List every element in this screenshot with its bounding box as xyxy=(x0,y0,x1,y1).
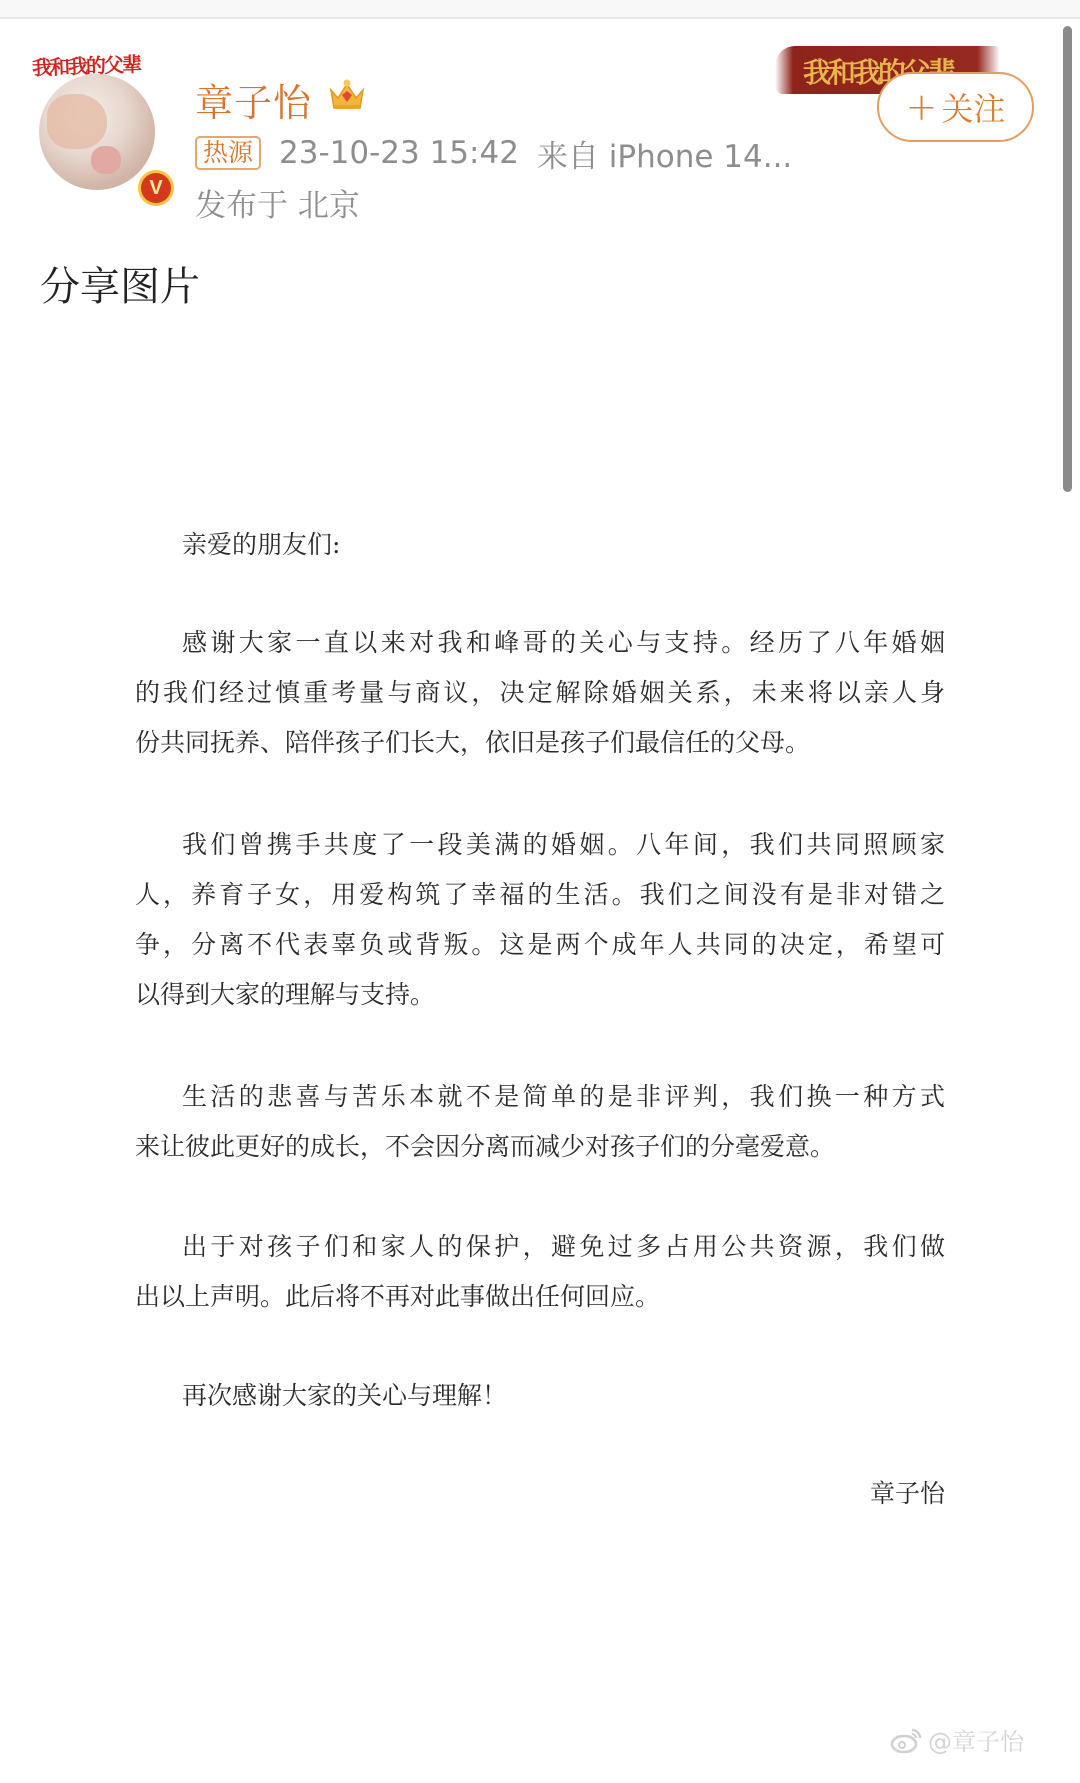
avatar-photo-detail xyxy=(91,146,121,174)
letter-line: 出于对孩子们和家人的保护，避免过多占用公共资源，我们做 xyxy=(182,1232,945,1262)
weibo-logo-icon xyxy=(890,1726,924,1754)
letter-closing: 再次感谢大家的关心与理解！ xyxy=(182,1381,507,1411)
hot-source-badge[interactable]: 热源 xyxy=(195,136,261,170)
crown-icon[interactable] xyxy=(328,78,366,112)
post-source: 来自 iPhone 14... xyxy=(537,131,792,176)
letter-signature: 章子怡 xyxy=(870,1474,945,1510)
letter-line: 份共同抚养、陪伴孩子们长大，依旧是孩子们最信任的父母。 xyxy=(135,728,810,758)
watermark-text: @章子怡 xyxy=(928,1722,1024,1757)
letter-line: 生活的悲喜与苦乐本就不是简单的是非评判，我们换一种方式 xyxy=(182,1082,945,1112)
username-link[interactable]: 章子怡 xyxy=(195,72,312,127)
avatar-photo-detail xyxy=(47,94,107,149)
watermark: @章子怡 xyxy=(890,1722,1024,1757)
verified-badge-icon: V xyxy=(138,170,174,206)
post-text: 分享图片 xyxy=(40,255,200,312)
avatar[interactable]: 我和我的父辈 V xyxy=(30,48,170,188)
letter-line: 以得到大家的理解与支持。 xyxy=(135,980,435,1010)
letter-line: 感谢大家一直以来对我和峰哥的关心与支持。经历了八年婚姻 xyxy=(182,628,945,658)
letter-greeting: 亲爱的朋友们: xyxy=(182,530,340,560)
letter-line: 争，分离不代表辜负或背叛。这是两个成年人共同的决定，希望可 xyxy=(135,930,945,960)
vertical-scrollbar[interactable] xyxy=(1063,26,1072,492)
follow-button[interactable]: + 关注 xyxy=(877,72,1034,142)
post-meta-row: 热源 23-10-23 15:42 来自 iPhone 14... xyxy=(195,135,792,171)
top-status-strip xyxy=(0,0,1080,19)
letter-line: 的我们经过慎重考量与商议，决定解除婚姻关系，未来将以亲人身 xyxy=(135,678,945,708)
post-location: 发布于 北京 xyxy=(195,180,360,225)
letter-line: 我们曾携手共度了一段美满的婚姻。八年间，我们共同照顾家 xyxy=(182,830,945,860)
follow-button-label: 关注 xyxy=(941,84,1005,130)
letter-line: 人，养育子女，用爱构筑了幸福的生活。我们之间没有是非对错之 xyxy=(135,880,945,910)
post-timestamp: 23-10-23 15:42 xyxy=(279,135,519,171)
avatar-image[interactable] xyxy=(39,74,155,190)
avatar-banner-text: 我和我的父辈 xyxy=(32,48,141,81)
letter-line: 出以上声明。此后将不再对此事做出任何回应。 xyxy=(135,1282,660,1312)
letter-line: 来让彼此更好的成长，不会因分离而减少对孩子们的分毫爱意。 xyxy=(135,1132,835,1162)
plus-icon: + xyxy=(906,85,938,129)
